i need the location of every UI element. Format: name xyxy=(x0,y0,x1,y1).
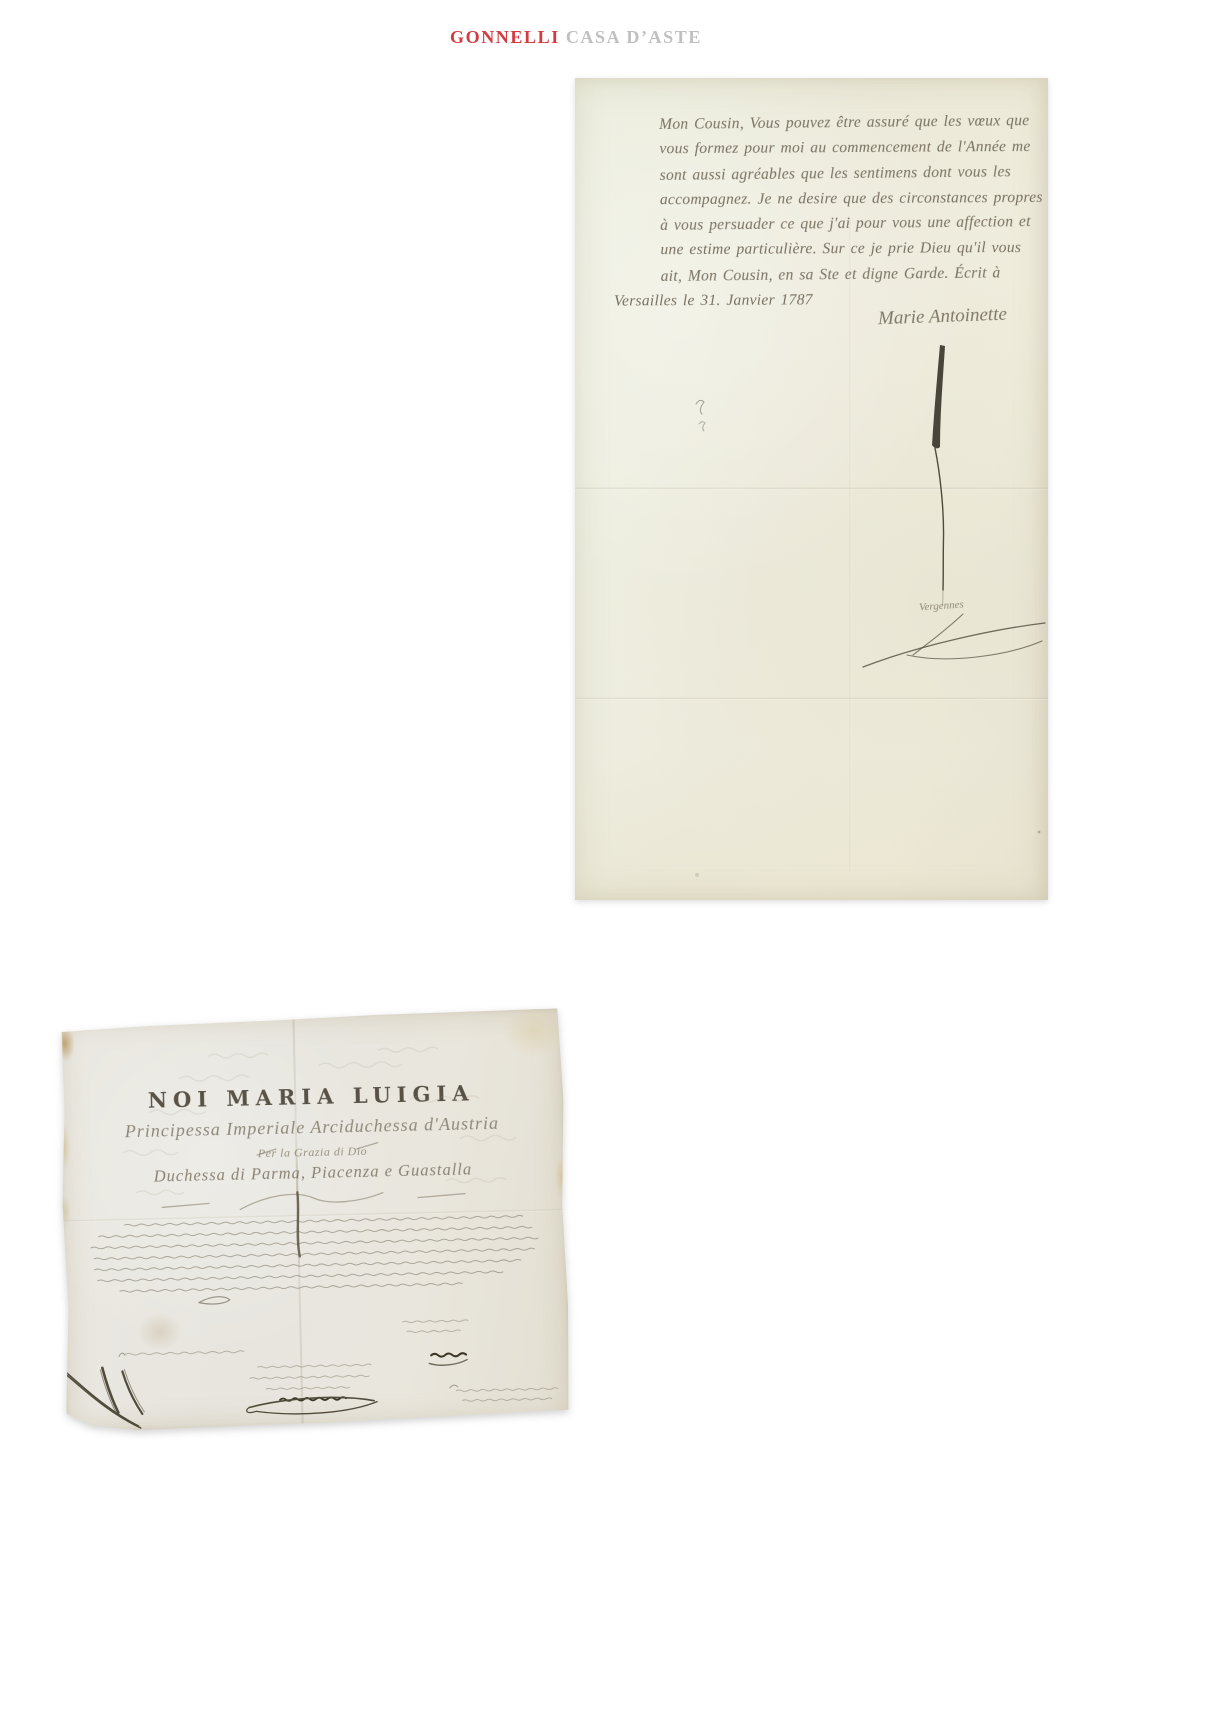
faint-annotation-line xyxy=(266,1386,350,1389)
edge-stain xyxy=(59,1196,71,1228)
registrar-signature xyxy=(280,1397,346,1401)
official-signature xyxy=(431,1353,466,1357)
emboss-flourish xyxy=(378,1047,438,1052)
vertical-fold-crease xyxy=(849,218,852,872)
paraph-swoosh xyxy=(863,623,1045,667)
faint-script-line xyxy=(124,1215,523,1226)
signature-loop xyxy=(247,1407,257,1412)
crumple-highlight xyxy=(67,1374,140,1430)
faint-annotation-line xyxy=(456,1388,558,1392)
letter-signature: Marie Antoinette xyxy=(878,304,1008,330)
letter-body: Mon Cousin, Vous pouvez être assuré que … xyxy=(659,108,1045,314)
paraph-return xyxy=(907,641,1042,659)
letter-line: vous formez pour moi au commencement de … xyxy=(659,134,1043,162)
horizontal-fold-crease xyxy=(575,487,1048,490)
heading-flourish xyxy=(239,1192,383,1209)
page-header: GONNELLICASA D’ASTE xyxy=(450,27,702,48)
vertical-center-fold xyxy=(292,1014,303,1426)
letter-line: accompagnez. Je ne desire que des circon… xyxy=(660,185,1044,213)
paraph-cross xyxy=(913,614,963,655)
decree-title: NOI MARIA LUIGIA xyxy=(59,1078,563,1114)
horizontal-fold-crease xyxy=(62,1208,566,1222)
faint-annotation-line xyxy=(462,1398,552,1402)
pen-stroke-echo xyxy=(100,1370,116,1414)
faint-mark xyxy=(699,422,705,431)
pen-stroke-echo xyxy=(124,1369,144,1412)
letter-line: sont aussi agréables que les sentimens d… xyxy=(660,159,1044,188)
left-flourish xyxy=(199,1296,230,1304)
letter-countersignature: Vergennes xyxy=(919,598,965,613)
ink-stroke-thick xyxy=(932,345,945,448)
corner-stain xyxy=(55,1025,76,1061)
faint-annotation-line xyxy=(407,1330,461,1333)
faint-script-line xyxy=(94,1259,521,1270)
faint-annotation-line xyxy=(125,1351,244,1355)
paper-speck xyxy=(695,873,699,877)
faint-script-line xyxy=(120,1283,463,1293)
decree-script-marks xyxy=(57,1008,570,1431)
faint-annotation-line xyxy=(250,1375,370,1379)
catalog-page: GONNELLICASA D’ASTE Mon Cousin, Vous pou… xyxy=(0,0,1207,1733)
letter-line: ait, Mon Cousin, en sa Ste et digne Gard… xyxy=(661,260,1045,289)
signature-underline xyxy=(249,1396,374,1407)
decree-subtitle-rank: Principessa Imperiale Arciduchessa d'Aus… xyxy=(60,1111,564,1143)
brand-name: GONNELLI xyxy=(450,27,560,47)
signature-underline xyxy=(256,1402,377,1415)
brand-suffix: CASA D’ASTE xyxy=(566,27,702,47)
corner-stain xyxy=(65,1019,99,1033)
letter-line: à vous persuader ce que j'ai pour vous u… xyxy=(660,209,1044,238)
paper-speck xyxy=(1038,831,1041,834)
horizontal-fold-crease xyxy=(575,697,1048,700)
annotation-cap xyxy=(450,1385,458,1388)
marie-antoinette-letter-scan: Mon Cousin, Vous pouvez être assuré que … xyxy=(575,78,1048,900)
annotation-cap xyxy=(119,1353,125,1356)
decree-paper: NOI MARIA LUIGIA Principessa Imperiale A… xyxy=(57,1008,570,1431)
heading-dash-left xyxy=(162,1203,210,1207)
faint-script-line xyxy=(91,1237,539,1249)
emboss-flourish xyxy=(208,1053,268,1058)
crumple-crease xyxy=(65,1370,138,1428)
faint-script-line xyxy=(94,1248,535,1260)
maria-luigia-decree-scan: NOI MARIA LUIGIA Principessa Imperiale A… xyxy=(62,1014,566,1426)
corner-stain xyxy=(501,1004,566,1057)
emboss-flourish xyxy=(136,1190,184,1195)
round-stain xyxy=(136,1311,183,1352)
heading-dash-right xyxy=(417,1194,465,1198)
pen-stroke xyxy=(102,1368,118,1413)
pen-stroke xyxy=(122,1371,142,1414)
faint-mark xyxy=(696,400,704,414)
faint-annotation-line xyxy=(257,1364,371,1368)
emboss-flourish xyxy=(318,1061,402,1068)
faint-annotation-line xyxy=(402,1320,468,1323)
letter-line: une estime particulière. Sur ce je prie … xyxy=(660,235,1044,263)
emboss-flourish xyxy=(179,1075,249,1082)
ink-stroke-tail xyxy=(935,448,944,590)
signature-flourish xyxy=(429,1360,467,1366)
letter-line: Mon Cousin, Vous pouvez être assuré que … xyxy=(659,108,1043,137)
faint-script-line xyxy=(98,1226,532,1238)
